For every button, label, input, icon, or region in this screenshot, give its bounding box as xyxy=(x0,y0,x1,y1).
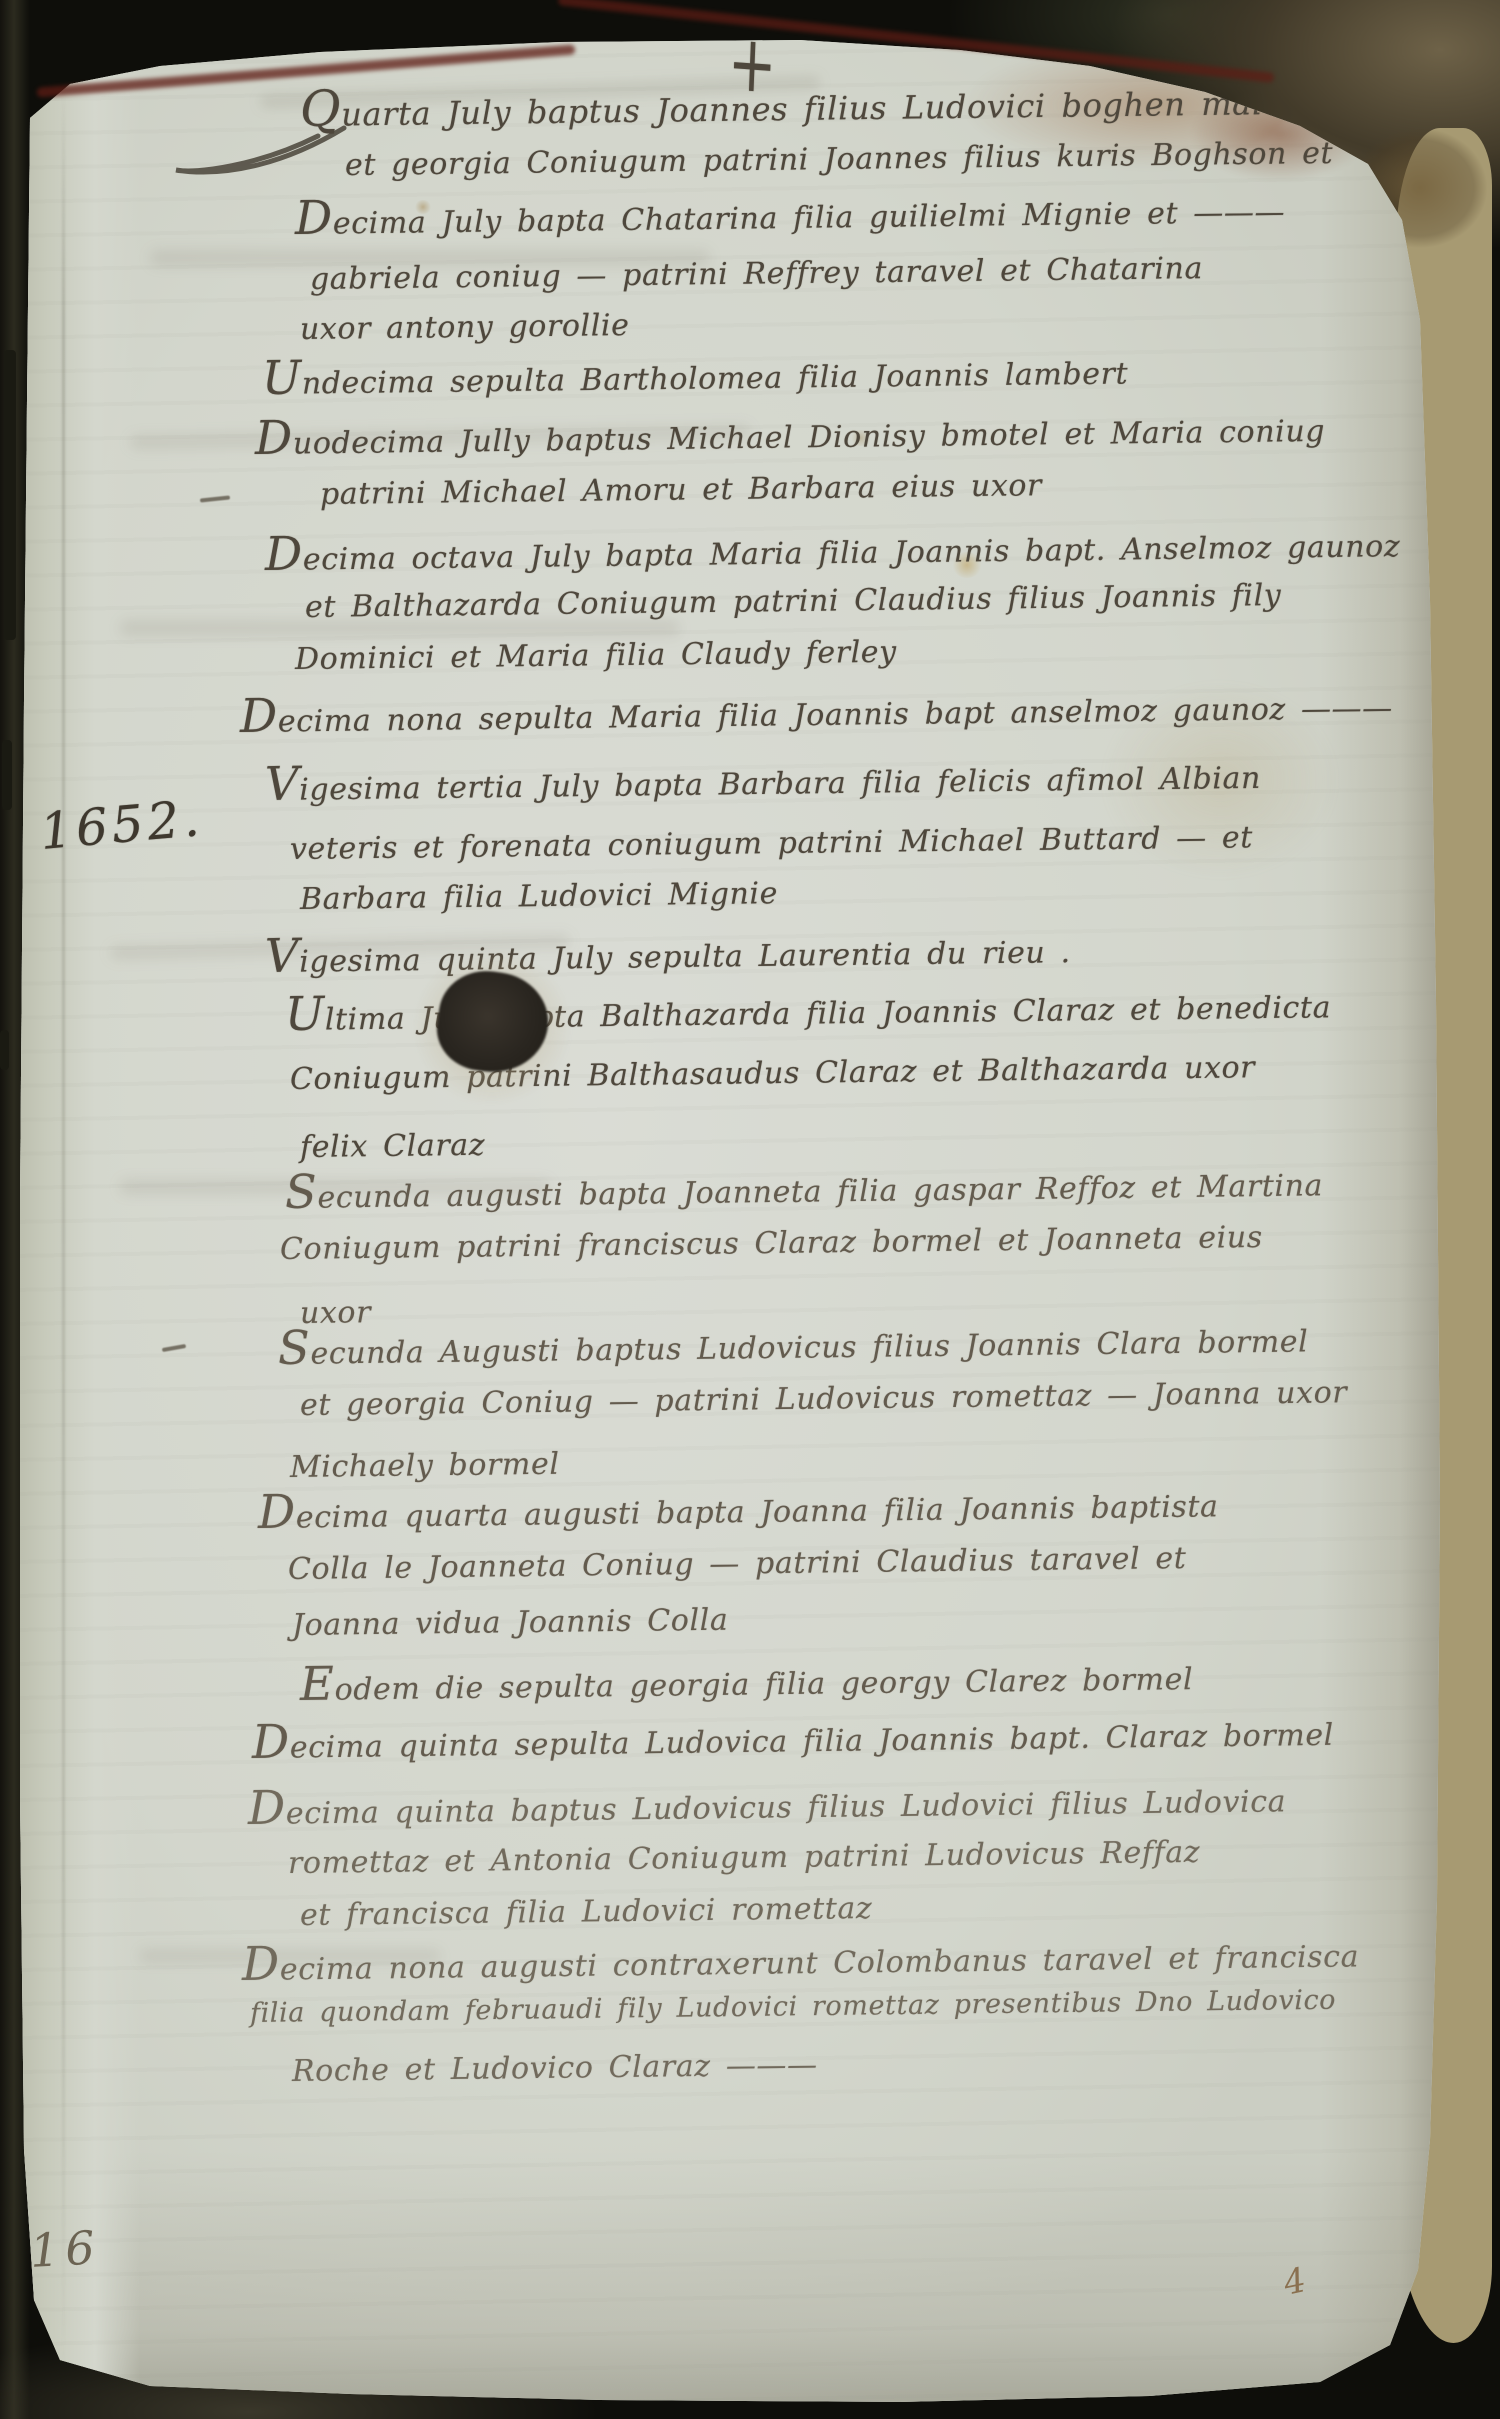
gutter-crease xyxy=(62,90,65,2370)
margin-tick xyxy=(200,495,230,502)
manuscript-line: Decima quinta sepulta Ludovica filia Joa… xyxy=(252,1713,1334,1766)
binding-stitch xyxy=(2,740,12,810)
manuscript-line: Decima nona augusti contraxerunt Colomba… xyxy=(242,1934,1360,1988)
manuscript-line: Coniugum patrini franciscus Claraz borme… xyxy=(280,1220,1263,1267)
manuscript-line: felix Claraz xyxy=(300,1128,486,1165)
manuscript-line: Duodecima Jully baptus Michael Dionisy b… xyxy=(255,409,1326,462)
manuscript-line: et francisca filia Ludovici romettaz xyxy=(300,1891,873,1933)
manuscript-line: et georgia Coniugum patrini Joannes fili… xyxy=(345,136,1334,183)
manuscript-line: filia quondam februaudi fily Ludovici ro… xyxy=(250,1985,1336,2029)
manuscript-page: + Quarta July baptus Joannes filius Ludo… xyxy=(0,0,1500,2419)
manuscript-line: Secunda augusti bapta Joanneta filia gas… xyxy=(285,1163,1324,1216)
binding-stitch xyxy=(4,350,16,640)
manuscript-line: uxor antony gorollie xyxy=(300,308,630,347)
manuscript-line: Decima octava July bapta Maria filia Joa… xyxy=(265,524,1401,578)
manuscript-line: Secunda Augusti baptus Ludovicus filius … xyxy=(278,1319,1309,1372)
manuscript-line: Undecima sepulta Bartholomea filia Joann… xyxy=(262,351,1129,402)
corner-ink-mark: 4 xyxy=(1280,2260,1309,2304)
page-number: 16 xyxy=(29,2220,102,2278)
manuscript-line: et Balthazarda Coniugum patrini Claudius… xyxy=(305,578,1282,625)
manuscript-line: romettaz et Antonia Coniugum patrini Lud… xyxy=(288,1835,1201,1881)
manuscript-line: Barbara filia Ludovici Mignie xyxy=(300,876,778,917)
manuscript-line: patrini Michael Amoru et Barbara eius ux… xyxy=(320,468,1042,512)
margin-tick xyxy=(162,1344,186,1352)
manuscript-line: Decima quinta baptus Ludovicus filius Lu… xyxy=(248,1779,1287,1832)
manuscript-line: Dominici et Maria filia Claudy ferley xyxy=(295,635,897,677)
manuscript-line: et georgia Coniug — patrini Ludovicus ro… xyxy=(300,1375,1348,1423)
manuscript-line: Colla le Joanneta Coniug — patrini Claud… xyxy=(288,1541,1187,1587)
manuscript-photo: + Quarta July baptus Joannes filius Ludo… xyxy=(0,0,1500,2419)
manuscript-line: Decima quarta augusti bapta Joanna filia… xyxy=(258,1484,1219,1536)
manuscript-line: Decima July bapta Chatarina filia guilie… xyxy=(295,190,1286,242)
manuscript-line: Vigesima quinta July sepulta Laurentia d… xyxy=(265,930,1071,980)
binding-stitch xyxy=(0,1030,9,1070)
manuscript-line: veteris et forenata coniugum patrini Mic… xyxy=(290,820,1253,867)
manuscript-line: Eodem die sepulta georgia filia georgy C… xyxy=(300,1657,1194,1708)
manuscript-line: Roche et Ludovico Claraz ——— xyxy=(292,2048,818,2089)
manuscript-line: Joanna vidua Joannis Colla xyxy=(292,1603,729,1643)
manuscript-line: Michaely bormel xyxy=(290,1447,560,1485)
manuscript-line: uxor xyxy=(300,1295,371,1331)
